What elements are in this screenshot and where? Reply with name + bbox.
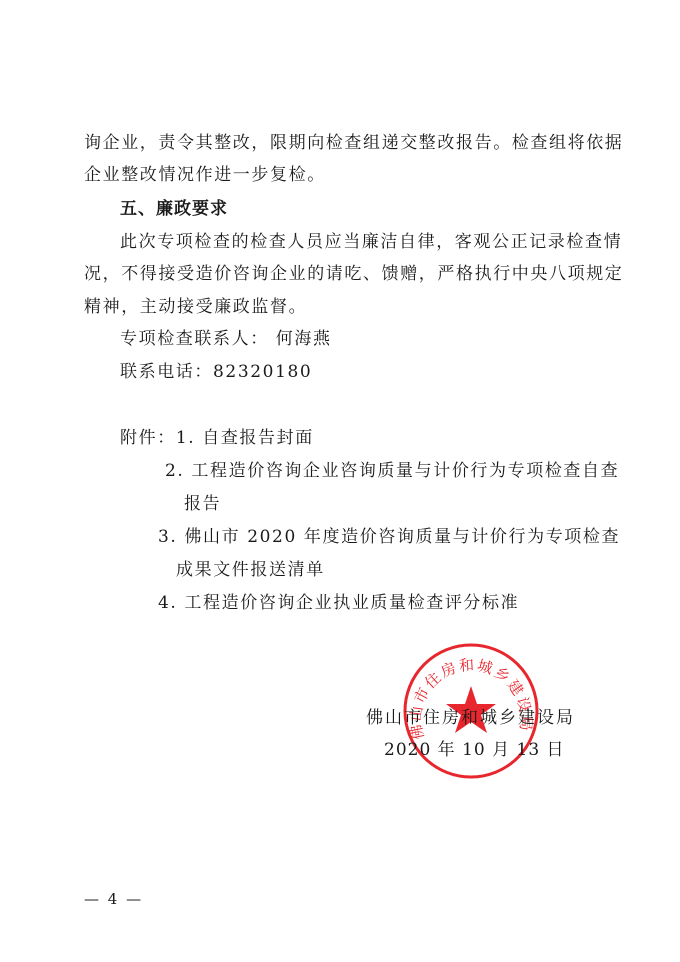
paragraph-line: 此次专项检查的检查人员应当廉洁自律，客观公正记录检查情 [120,232,622,252]
issuer-name: 佛山市住房和城乡建设局 [366,708,575,728]
section-heading: 五、廉政要求 [120,199,228,219]
attachment-item-1: 1. 自查报告封面 [176,428,314,448]
attachment-item-3: 3. 佛山市 2020 年度造价咨询质量与计价行为专项检查 [158,527,620,547]
paragraph-line: 询企业，责令其整改，限期向检查组递交整改报告。检查组将依据 [84,133,623,153]
attachment-item-3-cont: 成果文件报送清单 [176,560,325,580]
attachments-label: 附件：1. 自查报告封面 [120,428,314,448]
contact-phone: 联系电话：82320180 [120,362,312,382]
contact-person: 专项检查联系人： 何海燕 [120,329,332,349]
attachment-item-4: 4. 工程造价咨询企业执业质量检查评分标准 [158,593,519,613]
attachment-item-2: 2. 工程造价咨询企业咨询质量与计价行为专项检查自查 [165,461,619,481]
issue-date: 2020 年 10 月 13 日 [384,740,565,760]
page-number: — 4 — [84,889,143,909]
paragraph-line: 精神，主动接受廉政监督。 [84,297,307,317]
attachments-label-text: 附件： [120,428,176,448]
attachment-item-2-cont: 报告 [184,494,221,514]
paragraph-line: 企业整改情况作进一步复检。 [84,165,326,185]
paragraph-line: 况，不得接受造价咨询企业的请吃、馈赠，严格执行中央八项规定 [84,264,623,284]
